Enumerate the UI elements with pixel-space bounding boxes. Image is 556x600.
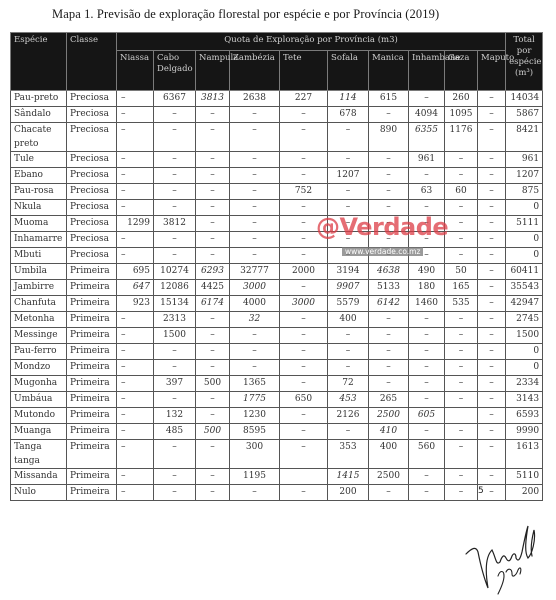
table-row: Pau-rosaPreciosa––––752––6360–875: [11, 184, 543, 200]
header-province: Zambézia: [230, 51, 280, 91]
quota-cell: –: [196, 248, 230, 264]
quota-cell: –: [154, 184, 196, 200]
header-province: Inhambane: [409, 51, 445, 91]
quota-cell: 647: [117, 280, 154, 296]
class-cell: Preciosa: [67, 200, 117, 216]
class-cell: Preciosa: [67, 232, 117, 248]
quota-cell: –: [196, 328, 230, 344]
quota-cell: 1460: [409, 296, 445, 312]
quota-cell: –: [280, 408, 328, 424]
quota-cell: –: [280, 168, 328, 184]
quota-cell: –: [230, 360, 280, 376]
quota-cell: –: [328, 216, 369, 232]
quota-cell: 2313: [154, 312, 196, 328]
species-cell: Pau-preto: [11, 91, 67, 107]
quota-cell: 1775: [230, 392, 280, 408]
quota-cell: –: [280, 216, 328, 232]
quota-cell: 1230: [230, 408, 280, 424]
quota-cell: 1095: [445, 107, 478, 123]
species-cell: Messinge: [11, 328, 67, 344]
quota-cell: –: [369, 312, 409, 328]
quota-cell: –: [369, 184, 409, 200]
quota-cell: 2500: [369, 469, 409, 485]
quota-cell: –: [154, 344, 196, 360]
quota-cell: 453: [328, 392, 369, 408]
quota-cell: –: [328, 200, 369, 216]
header-class: Classe: [67, 33, 117, 91]
quota-cell: –: [280, 360, 328, 376]
quota-cell: –: [478, 440, 506, 469]
quota-cell: 1207: [328, 168, 369, 184]
quota-cell: –: [409, 485, 445, 501]
quota-cell: –: [117, 107, 154, 123]
quota-cell: 1195: [230, 469, 280, 485]
table-row: JambirrePrimeira6471208644253000–9907513…: [11, 280, 543, 296]
total-cell: 1207: [506, 168, 543, 184]
quota-cell: 695: [117, 264, 154, 280]
class-cell: Primeira: [67, 296, 117, 312]
species-cell: Mbuti: [11, 248, 67, 264]
quota-cell: –: [154, 168, 196, 184]
quota-cell: –: [478, 392, 506, 408]
species-cell: Umbáua: [11, 392, 67, 408]
class-cell: Primeira: [67, 440, 117, 469]
quota-cell: –: [445, 485, 478, 501]
quota-cell: –: [478, 123, 506, 152]
quota-cell: –: [328, 328, 369, 344]
total-cell: 3143: [506, 392, 543, 408]
total-cell: 5110: [506, 469, 543, 485]
quota-cell: 6355: [409, 123, 445, 152]
class-cell: Primeira: [67, 360, 117, 376]
quota-cell: –: [196, 392, 230, 408]
total-cell: 2745: [506, 312, 543, 328]
quota-cell: 605: [409, 408, 445, 424]
quota-cell: –: [280, 376, 328, 392]
quota-cell: –: [117, 469, 154, 485]
class-cell: Preciosa: [67, 216, 117, 232]
table-row: MbutiPreciosa––––––––––0: [11, 248, 543, 264]
table-row: Pau-pretoPreciosa–636738132638227114615–…: [11, 91, 543, 107]
quota-cell: –: [154, 152, 196, 168]
quota-cell: 2500: [369, 408, 409, 424]
quota-cell: –: [478, 184, 506, 200]
quota-cell: –: [117, 168, 154, 184]
quota-cell: –: [478, 328, 506, 344]
species-cell: Umbila: [11, 264, 67, 280]
header-province: Manica: [369, 51, 409, 91]
table-row: MuangaPrimeira–4855008595––410–––9990: [11, 424, 543, 440]
quota-cell: –: [154, 232, 196, 248]
quota-cell: –: [409, 248, 445, 264]
quota-cell: –: [230, 485, 280, 501]
quota-cell: –: [154, 469, 196, 485]
class-cell: Primeira: [67, 485, 117, 501]
quota-cell: –: [328, 123, 369, 152]
table-row: Pau-ferroPrimeira––––––––––0: [11, 344, 543, 360]
quota-cell: –: [478, 107, 506, 123]
quota-cell: 180: [409, 280, 445, 296]
total-cell: 35543: [506, 280, 543, 296]
species-cell: Jambirre: [11, 280, 67, 296]
quota-cell: 615: [369, 91, 409, 107]
quota-cell: 6174: [196, 296, 230, 312]
quota-cell: 300: [230, 440, 280, 469]
quota-cell: 485: [154, 424, 196, 440]
quota-cell: –: [280, 152, 328, 168]
quota-cell: –: [230, 168, 280, 184]
class-cell: Primeira: [67, 392, 117, 408]
quota-cell: 165: [445, 280, 478, 296]
quota-cell: 400: [328, 312, 369, 328]
quota-cell: 500: [196, 376, 230, 392]
quota-cell: –: [445, 232, 478, 248]
header-province: Maputo: [478, 51, 506, 91]
quota-cell: 3194: [328, 264, 369, 280]
total-cell: 9990: [506, 424, 543, 440]
quota-cell: 1500: [154, 328, 196, 344]
class-cell: Primeira: [67, 408, 117, 424]
quota-cell: –: [445, 328, 478, 344]
quota-cell: –: [369, 216, 409, 232]
table-row: UmbilaPrimeira69510274629332777200031944…: [11, 264, 543, 280]
table-row: Tanga tangaPrimeira–––300–353400560––161…: [11, 440, 543, 469]
quota-cell: –: [280, 424, 328, 440]
quota-cell: –: [117, 440, 154, 469]
quota-cell: –: [117, 376, 154, 392]
quota-cell: –: [478, 200, 506, 216]
quota-cell: 50: [445, 264, 478, 280]
quota-cell: –: [230, 248, 280, 264]
quota-cell: –: [230, 328, 280, 344]
header-species: Espécie: [11, 33, 67, 91]
header-province: Cabo Delgado: [154, 51, 196, 91]
quota-cell: –: [230, 344, 280, 360]
total-cell: 42947: [506, 296, 543, 312]
exploration-quota-table: Espécie Classe Quota de Exploração por P…: [10, 32, 543, 501]
quota-cell: –: [230, 107, 280, 123]
quota-cell: –: [117, 485, 154, 501]
quota-cell: –: [196, 184, 230, 200]
quota-cell: –: [328, 152, 369, 168]
quota-cell: –: [478, 280, 506, 296]
quota-cell: 4425: [196, 280, 230, 296]
quota-cell: –: [409, 216, 445, 232]
quota-cell: –: [328, 184, 369, 200]
class-cell: Primeira: [67, 469, 117, 485]
quota-cell: –: [478, 91, 506, 107]
quota-cell: 1299: [117, 216, 154, 232]
quota-cell: –: [445, 424, 478, 440]
quota-cell: 72: [328, 376, 369, 392]
quota-cell: –: [117, 200, 154, 216]
handwritten-signature: [462, 518, 542, 596]
quota-cell: –: [154, 440, 196, 469]
quota-cell: –: [230, 200, 280, 216]
class-cell: Primeira: [67, 328, 117, 344]
quota-cell: –: [117, 360, 154, 376]
quota-cell: 3813: [196, 91, 230, 107]
quota-cell: 353: [328, 440, 369, 469]
quota-cell: 5133: [369, 280, 409, 296]
quota-cell: 500: [196, 424, 230, 440]
quota-cell: –: [117, 392, 154, 408]
total-cell: 8421: [506, 123, 543, 152]
class-cell: Primeira: [67, 264, 117, 280]
quota-cell: –: [478, 216, 506, 232]
total-cell: 0: [506, 232, 543, 248]
quota-cell: –: [196, 344, 230, 360]
table-row: NkulaPreciosa––––––––––0: [11, 200, 543, 216]
quota-cell: –: [369, 152, 409, 168]
quota-cell: –: [154, 200, 196, 216]
document-title: Mapa 1. Previsão de exploração florestal…: [52, 7, 439, 22]
quota-cell: –: [328, 424, 369, 440]
quota-cell: –: [117, 408, 154, 424]
species-cell: Mugonha: [11, 376, 67, 392]
quota-cell: –: [328, 232, 369, 248]
species-cell: Tule: [11, 152, 67, 168]
quota-cell: –: [478, 296, 506, 312]
quota-cell: 2638: [230, 91, 280, 107]
header-province: Tete: [280, 51, 328, 91]
quota-cell: –: [478, 248, 506, 264]
table-row: MessingePrimeira–1500––––––––1500: [11, 328, 543, 344]
quota-cell: –: [409, 328, 445, 344]
quota-cell: 4638: [369, 264, 409, 280]
total-cell: 1613: [506, 440, 543, 469]
quota-cell: 32: [230, 312, 280, 328]
quota-cell: –: [196, 312, 230, 328]
header-province: Niassa: [117, 51, 154, 91]
quota-cell: –: [409, 469, 445, 485]
table-row: ChanfutaPrimeira923151346174400030005579…: [11, 296, 543, 312]
species-cell: Mutondo: [11, 408, 67, 424]
quota-cell: –: [409, 91, 445, 107]
species-cell: Muoma: [11, 216, 67, 232]
quota-cell: –: [478, 408, 506, 424]
quota-cell: 410: [369, 424, 409, 440]
class-cell: Preciosa: [67, 152, 117, 168]
quota-cell: –: [478, 344, 506, 360]
quota-cell: –: [369, 344, 409, 360]
quota-cell: –: [117, 91, 154, 107]
class-cell: Preciosa: [67, 248, 117, 264]
quota-cell: –: [328, 360, 369, 376]
quota-cell: 260: [445, 91, 478, 107]
species-cell: Chacate preto: [11, 123, 67, 152]
page-number: 5: [478, 486, 484, 496]
quota-cell: –: [369, 168, 409, 184]
quota-cell: 3000: [230, 280, 280, 296]
quota-cell: –: [230, 232, 280, 248]
quota-cell: [280, 469, 328, 485]
quota-cell: 3000: [280, 296, 328, 312]
table-row: UmbáuaPrimeira–––1775650453265–––3143: [11, 392, 543, 408]
quota-cell: 9907: [328, 280, 369, 296]
table-row: SândaloPreciosa–––––678–40941095–5867: [11, 107, 543, 123]
quota-cell: –: [280, 232, 328, 248]
quota-cell: 1176: [445, 123, 478, 152]
class-cell: Preciosa: [67, 123, 117, 152]
quota-cell: –: [369, 200, 409, 216]
quota-cell: –: [478, 360, 506, 376]
quota-cell: –: [328, 344, 369, 360]
species-cell: Nulo: [11, 485, 67, 501]
quota-cell: –: [196, 408, 230, 424]
quota-cell: –: [445, 152, 478, 168]
table-row: InhamarrePreciosa––––––––––0: [11, 232, 543, 248]
quota-cell: 4094: [409, 107, 445, 123]
quota-cell: –: [117, 424, 154, 440]
header-province: Nampula: [196, 51, 230, 91]
quota-cell: –: [117, 123, 154, 152]
quota-cell: –: [478, 152, 506, 168]
quota-cell: 1365: [230, 376, 280, 392]
quota-cell: 961: [409, 152, 445, 168]
quota-cell: –: [369, 248, 409, 264]
quota-cell: –: [196, 469, 230, 485]
quota-cell: 200: [328, 485, 369, 501]
quota-cell: –: [445, 392, 478, 408]
quota-cell: –: [409, 344, 445, 360]
quota-cell: –: [280, 248, 328, 264]
table-row: EbanoPreciosa–––––1207––––1207: [11, 168, 543, 184]
species-cell: Metonha: [11, 312, 67, 328]
quota-cell: –: [409, 376, 445, 392]
species-cell: Tanga tanga: [11, 440, 67, 469]
quota-cell: –: [478, 424, 506, 440]
quota-cell: –: [230, 152, 280, 168]
quota-cell: –: [196, 107, 230, 123]
quota-cell: 400: [369, 440, 409, 469]
quota-cell: 6293: [196, 264, 230, 280]
quota-cell: –: [478, 232, 506, 248]
total-cell: 1500: [506, 328, 543, 344]
quota-cell: –: [445, 200, 478, 216]
quota-cell: –: [196, 152, 230, 168]
quota-cell: –: [280, 344, 328, 360]
quota-cell: –: [196, 232, 230, 248]
quota-cell: –: [409, 424, 445, 440]
quota-cell: –: [369, 328, 409, 344]
quota-cell: –: [478, 376, 506, 392]
total-cell: 0: [506, 200, 543, 216]
class-cell: Preciosa: [67, 184, 117, 200]
quota-cell: –: [196, 216, 230, 232]
quota-cell: 560: [409, 440, 445, 469]
quota-cell: –: [478, 312, 506, 328]
quota-cell: 32777: [230, 264, 280, 280]
total-cell: 875: [506, 184, 543, 200]
quota-cell: 10274: [154, 264, 196, 280]
quota-cell: –: [369, 232, 409, 248]
total-cell: 0: [506, 248, 543, 264]
table-row: MutondoPrimeira–132–1230–21262500605–659…: [11, 408, 543, 424]
total-cell: 0: [506, 360, 543, 376]
quota-cell: –: [478, 168, 506, 184]
quota-cell: 63: [409, 184, 445, 200]
species-cell: Missanda: [11, 469, 67, 485]
total-cell: 5111: [506, 216, 543, 232]
quota-cell: –: [117, 152, 154, 168]
table-row: NuloPrimeira–––––200––––200: [11, 485, 543, 501]
quota-cell: –: [154, 248, 196, 264]
quota-cell: –: [409, 312, 445, 328]
quota-cell: 3812: [154, 216, 196, 232]
quota-cell: –: [230, 216, 280, 232]
table-row: MondzoPrimeira––––––––––0: [11, 360, 543, 376]
total-cell: 0: [506, 344, 543, 360]
quota-cell: –: [369, 107, 409, 123]
quota-cell: 5579: [328, 296, 369, 312]
quota-cell: –: [117, 248, 154, 264]
quota-cell: –: [445, 248, 478, 264]
quota-cell: –: [117, 312, 154, 328]
quota-cell: –: [196, 200, 230, 216]
quota-cell: –: [230, 184, 280, 200]
quota-cell: –: [445, 440, 478, 469]
table-row: TulePreciosa–––––––961––961: [11, 152, 543, 168]
table-row: Chacate pretoPreciosa––––––89063551176–8…: [11, 123, 543, 152]
quota-cell: –: [445, 469, 478, 485]
table-row: MissandaPrimeira–––119514152500–––5110: [11, 469, 543, 485]
quota-cell: 2126: [328, 408, 369, 424]
header-province: Sofala: [328, 51, 369, 91]
quota-cell: 6367: [154, 91, 196, 107]
class-cell: Preciosa: [67, 168, 117, 184]
quota-cell: –: [445, 216, 478, 232]
quota-cell: 397: [154, 376, 196, 392]
quota-cell: 4000: [230, 296, 280, 312]
quota-cell: –: [409, 392, 445, 408]
quota-cell: –: [280, 312, 328, 328]
quota-cell: –: [369, 485, 409, 501]
total-cell: 6593: [506, 408, 543, 424]
quota-cell: –: [445, 360, 478, 376]
quota-cell: 114: [328, 91, 369, 107]
quota-cell: –: [280, 328, 328, 344]
quota-cell: 490: [409, 264, 445, 280]
quota-cell: –: [230, 123, 280, 152]
quota-cell: –: [280, 485, 328, 501]
quota-cell: –: [196, 440, 230, 469]
quota-cell: –: [154, 123, 196, 152]
total-cell: 200: [506, 485, 543, 501]
quota-cell: –: [280, 280, 328, 296]
quota-cell: 227: [280, 91, 328, 107]
class-cell: Preciosa: [67, 91, 117, 107]
header-province: Gaza: [445, 51, 478, 91]
quota-cell: –: [280, 200, 328, 216]
species-cell: Ebano: [11, 168, 67, 184]
species-cell: Nkula: [11, 200, 67, 216]
quota-cell: 6142: [369, 296, 409, 312]
class-cell: Primeira: [67, 312, 117, 328]
quota-cell: 8595: [230, 424, 280, 440]
quota-cell: –: [196, 168, 230, 184]
quota-cell: [445, 408, 478, 424]
quota-cell: –: [117, 328, 154, 344]
species-cell: Pau-rosa: [11, 184, 67, 200]
table-row: MetonhaPrimeira–2313–32–400––––2745: [11, 312, 543, 328]
header-province-group: Quota de Exploração por Província (m3): [117, 33, 506, 51]
species-cell: Inhamarre: [11, 232, 67, 248]
quota-cell: 752: [280, 184, 328, 200]
quota-cell: –: [280, 440, 328, 469]
quota-cell: 12086: [154, 280, 196, 296]
class-cell: Primeira: [67, 376, 117, 392]
